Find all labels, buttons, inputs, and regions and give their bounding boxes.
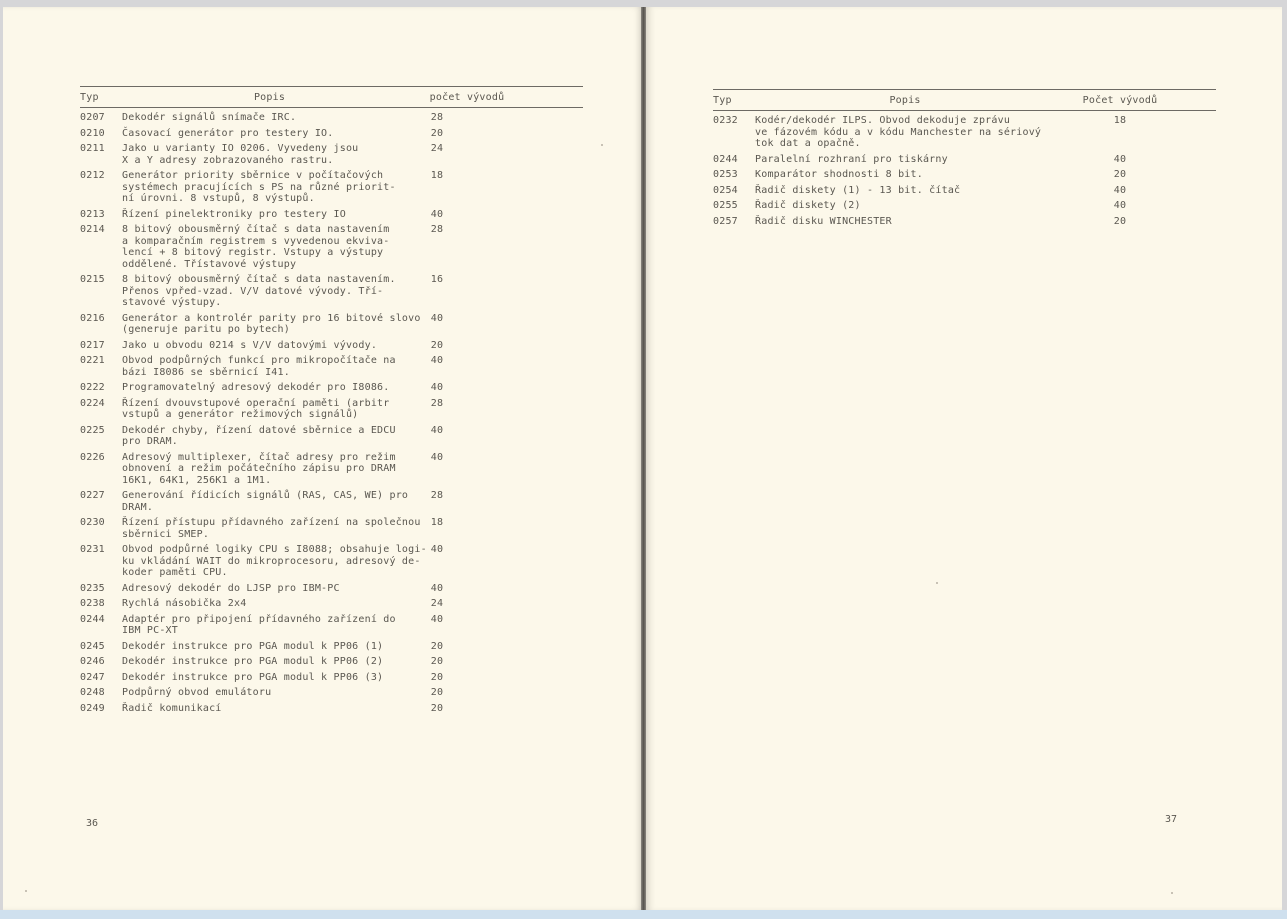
cell-pins: 40 <box>417 583 457 595</box>
table-header: Typ Popis Počet vývodů <box>713 90 1216 110</box>
cell-description: Kodér/dekodér ILPS. Obvod dekoduje zpráv… <box>755 115 1055 150</box>
cell-type: 0247 <box>80 672 122 684</box>
table-row: 0212Generátor priority sběrnice v počíta… <box>80 170 583 205</box>
cell-type: 0249 <box>80 703 122 715</box>
header-description: Popis <box>755 95 1055 106</box>
cell-pins: 40 <box>417 425 457 448</box>
cell-description: Adresový dekodér do LJSP pro IBM-PC <box>122 583 417 595</box>
cell-description: Paralelní rozhraní pro tiskárny <box>755 154 1055 166</box>
cell-pins: 40 <box>1080 185 1160 197</box>
cell-description: Obvod podpůrné logiky CPU s I8088; obsah… <box>122 544 417 579</box>
table-row: 0246Dekodér instrukce pro PGA modul k PP… <box>80 656 583 668</box>
cell-pins: 40 <box>417 544 457 579</box>
cell-description: Řadič diskety (1) - 13 bit. čítač <box>755 185 1055 197</box>
table-row: 0255Řadič diskety (2)40 <box>713 200 1216 212</box>
right-component-table: Typ Popis Počet vývodů 0232Kodér/dekodér… <box>713 89 1216 227</box>
table-row: 0247Dekodér instrukce pro PGA modul k PP… <box>80 672 583 684</box>
cell-description: Jako u obvodu 0214 s V/V datovými vývody… <box>122 340 417 352</box>
cell-description: Generátor a kontrolér parity pro 16 bito… <box>122 313 417 336</box>
cell-description: Dekodér instrukce pro PGA modul k PP06 (… <box>122 672 417 684</box>
left-page: Typ Popis počet vývodů 0207Dekodér signá… <box>3 7 643 910</box>
cell-description: Jako u varianty IO 0206. Vyvedeny jsou X… <box>122 143 417 166</box>
table-row: 0221Obvod podpůrných funkcí pro mikropoč… <box>80 355 583 378</box>
table-row: 0217Jako u obvodu 0214 s V/V datovými vý… <box>80 340 583 352</box>
table-row: 0248Podpůrný obvod emulátoru20 <box>80 687 583 699</box>
cell-description: Adaptér pro připojení přídavného zařízen… <box>122 614 417 637</box>
cell-pins: 28 <box>417 224 457 270</box>
paper-speck <box>936 582 938 584</box>
table-row: 0244Adaptér pro připojení přídavného zař… <box>80 614 583 637</box>
cell-description: Generování řídicích signálů (RAS, CAS, W… <box>122 490 417 513</box>
viewer-bottom-strip <box>0 910 1287 919</box>
cell-pins: 40 <box>417 452 457 487</box>
table-row: 0231Obvod podpůrné logiky CPU s I8088; o… <box>80 544 583 579</box>
page-number: 36 <box>86 818 98 829</box>
cell-pins: 40 <box>417 313 457 336</box>
table-row: 0232Kodér/dekodér ILPS. Obvod dekoduje z… <box>713 115 1216 150</box>
cell-pins: 20 <box>417 672 457 684</box>
cell-pins: 40 <box>417 209 457 221</box>
table-row: 0216Generátor a kontrolér parity pro 16 … <box>80 313 583 336</box>
cell-type: 0217 <box>80 340 122 352</box>
cell-pins: 20 <box>417 641 457 653</box>
cell-type: 0238 <box>80 598 122 610</box>
right-page: Typ Popis Počet vývodů 0232Kodér/dekodér… <box>646 7 1282 910</box>
cell-type: 0227 <box>80 490 122 513</box>
table-row: 0253Komparátor shodnosti 8 bit.20 <box>713 169 1216 181</box>
cell-pins: 20 <box>1080 216 1160 228</box>
paper-speck <box>1171 892 1173 894</box>
cell-pins: 40 <box>1080 200 1160 212</box>
table-header: Typ Popis počet vývodů <box>80 87 583 107</box>
cell-description: Časovací generátor pro testery IO. <box>122 128 417 140</box>
header-description: Popis <box>122 92 417 103</box>
header-type: Typ <box>713 95 755 106</box>
cell-type: 0254 <box>713 185 755 197</box>
cell-type: 0213 <box>80 209 122 221</box>
cell-pins: 18 <box>417 517 457 540</box>
cell-type: 0214 <box>80 224 122 270</box>
cell-pins: 24 <box>417 598 457 610</box>
cell-description: Komparátor shodnosti 8 bit. <box>755 169 1055 181</box>
cell-type: 0246 <box>80 656 122 668</box>
table-row: 0227Generování řídicích signálů (RAS, CA… <box>80 490 583 513</box>
cell-type: 0211 <box>80 143 122 166</box>
table-header-rule <box>80 107 583 108</box>
cell-pins: 20 <box>417 340 457 352</box>
cell-type: 0222 <box>80 382 122 394</box>
cell-type: 0244 <box>80 614 122 637</box>
table-row: 02148 bitový obousměrný čítač s data nas… <box>80 224 583 270</box>
cell-pins: 16 <box>417 274 457 309</box>
table-row: 0225Dekodér chyby, řízení datové sběrnic… <box>80 425 583 448</box>
table-header-rule <box>713 110 1216 111</box>
table-row: 0257Řadič disku WINCHESTER20 <box>713 216 1216 228</box>
cell-type: 0221 <box>80 355 122 378</box>
table-row: 0245Dekodér instrukce pro PGA modul k PP… <box>80 641 583 653</box>
table-body: 0207Dekodér signálů snímače IRC.280210Ča… <box>80 112 583 714</box>
cell-type: 0210 <box>80 128 122 140</box>
table-row: 0235Adresový dekodér do LJSP pro IBM-PC4… <box>80 583 583 595</box>
cell-pins: 28 <box>417 490 457 513</box>
cell-description: Programovatelný adresový dekodér pro I80… <box>122 382 417 394</box>
cell-type: 0255 <box>713 200 755 212</box>
header-pins: Počet vývodů <box>1050 95 1190 106</box>
table-row: 0211Jako u varianty IO 0206. Vyvedeny js… <box>80 143 583 166</box>
table-row: 02158 bitový obousměrný čítač s data nas… <box>80 274 583 309</box>
cell-description: 8 bitový obousměrný čítač s data nastave… <box>122 224 417 270</box>
table-row: 0224Řízení dvouvstupové operační paměti … <box>80 398 583 421</box>
cell-description: Řadič komunikací <box>122 703 417 715</box>
cell-description: Dekodér instrukce pro PGA modul k PP06 (… <box>122 641 417 653</box>
cell-type: 0226 <box>80 452 122 487</box>
cell-description: 8 bitový obousměrný čítač s data nastave… <box>122 274 417 309</box>
cell-type: 0248 <box>80 687 122 699</box>
cell-pins: 40 <box>417 355 457 378</box>
cell-pins: 18 <box>1080 115 1160 150</box>
cell-description: Řadič diskety (2) <box>755 200 1055 212</box>
header-type: Typ <box>80 92 122 103</box>
cell-description: Dekodér instrukce pro PGA modul k PP06 (… <box>122 656 417 668</box>
cell-pins: 24 <box>417 143 457 166</box>
cell-type: 0212 <box>80 170 122 205</box>
cell-type: 0216 <box>80 313 122 336</box>
cell-pins: 28 <box>417 398 457 421</box>
cell-pins: 40 <box>417 614 457 637</box>
table-row: 0213Řízení pinelektroniky pro testery IO… <box>80 209 583 221</box>
left-component-table: Typ Popis počet vývodů 0207Dekodér signá… <box>80 86 583 714</box>
cell-type: 0232 <box>713 115 755 150</box>
cell-description: Řízení dvouvstupové operační paměti (arb… <box>122 398 417 421</box>
cell-description: Dekodér signálů snímače IRC. <box>122 112 417 124</box>
cell-type: 0224 <box>80 398 122 421</box>
cell-pins: 40 <box>417 382 457 394</box>
table-body: 0232Kodér/dekodér ILPS. Obvod dekoduje z… <box>713 115 1216 227</box>
cell-pins: 28 <box>417 112 457 124</box>
table-row: 0210Časovací generátor pro testery IO.20 <box>80 128 583 140</box>
cell-pins: 40 <box>1080 154 1160 166</box>
paper-speck <box>601 144 603 146</box>
cell-pins: 20 <box>417 656 457 668</box>
cell-description: Řadič disku WINCHESTER <box>755 216 1055 228</box>
cell-type: 0230 <box>80 517 122 540</box>
table-row: 0249Řadič komunikací20 <box>80 703 583 715</box>
table-row: 0226Adresový multiplexer, čítač adresy p… <box>80 452 583 487</box>
page-number: 37 <box>1165 814 1177 825</box>
cell-description: Podpůrný obvod emulátoru <box>122 687 417 699</box>
table-row: 0244Paralelní rozhraní pro tiskárny40 <box>713 154 1216 166</box>
table-row: 0207Dekodér signálů snímače IRC.28 <box>80 112 583 124</box>
cell-type: 0207 <box>80 112 122 124</box>
cell-description: Adresový multiplexer, čítač adresy pro r… <box>122 452 417 487</box>
cell-description: Řízení pinelektroniky pro testery IO <box>122 209 417 221</box>
cell-description: Rychlá násobička 2x4 <box>122 598 417 610</box>
cell-type: 0257 <box>713 216 755 228</box>
cell-pins: 20 <box>417 703 457 715</box>
cell-description: Generátor priority sběrnice v počítačový… <box>122 170 417 205</box>
paper-speck <box>25 890 27 892</box>
cell-type: 0231 <box>80 544 122 579</box>
cell-type: 0244 <box>713 154 755 166</box>
cell-pins: 20 <box>1080 169 1160 181</box>
table-row: 0222Programovatelný adresový dekodér pro… <box>80 382 583 394</box>
cell-pins: 20 <box>417 687 457 699</box>
cell-type: 0235 <box>80 583 122 595</box>
table-row: 0238Rychlá násobička 2x424 <box>80 598 583 610</box>
header-pins: počet vývodů <box>407 92 527 103</box>
cell-description: Obvod podpůrných funkcí pro mikropočítač… <box>122 355 417 378</box>
cell-type: 0215 <box>80 274 122 309</box>
table-row: 0230Řízení přístupu přídavného zařízení … <box>80 517 583 540</box>
cell-pins: 18 <box>417 170 457 205</box>
cell-pins: 20 <box>417 128 457 140</box>
table-row: 0254Řadič diskety (1) - 13 bit. čítač40 <box>713 185 1216 197</box>
cell-description: Dekodér chyby, řízení datové sběrnice a … <box>122 425 417 448</box>
cell-type: 0253 <box>713 169 755 181</box>
cell-type: 0245 <box>80 641 122 653</box>
cell-type: 0225 <box>80 425 122 448</box>
cell-description: Řízení přístupu přídavného zařízení na s… <box>122 517 417 540</box>
